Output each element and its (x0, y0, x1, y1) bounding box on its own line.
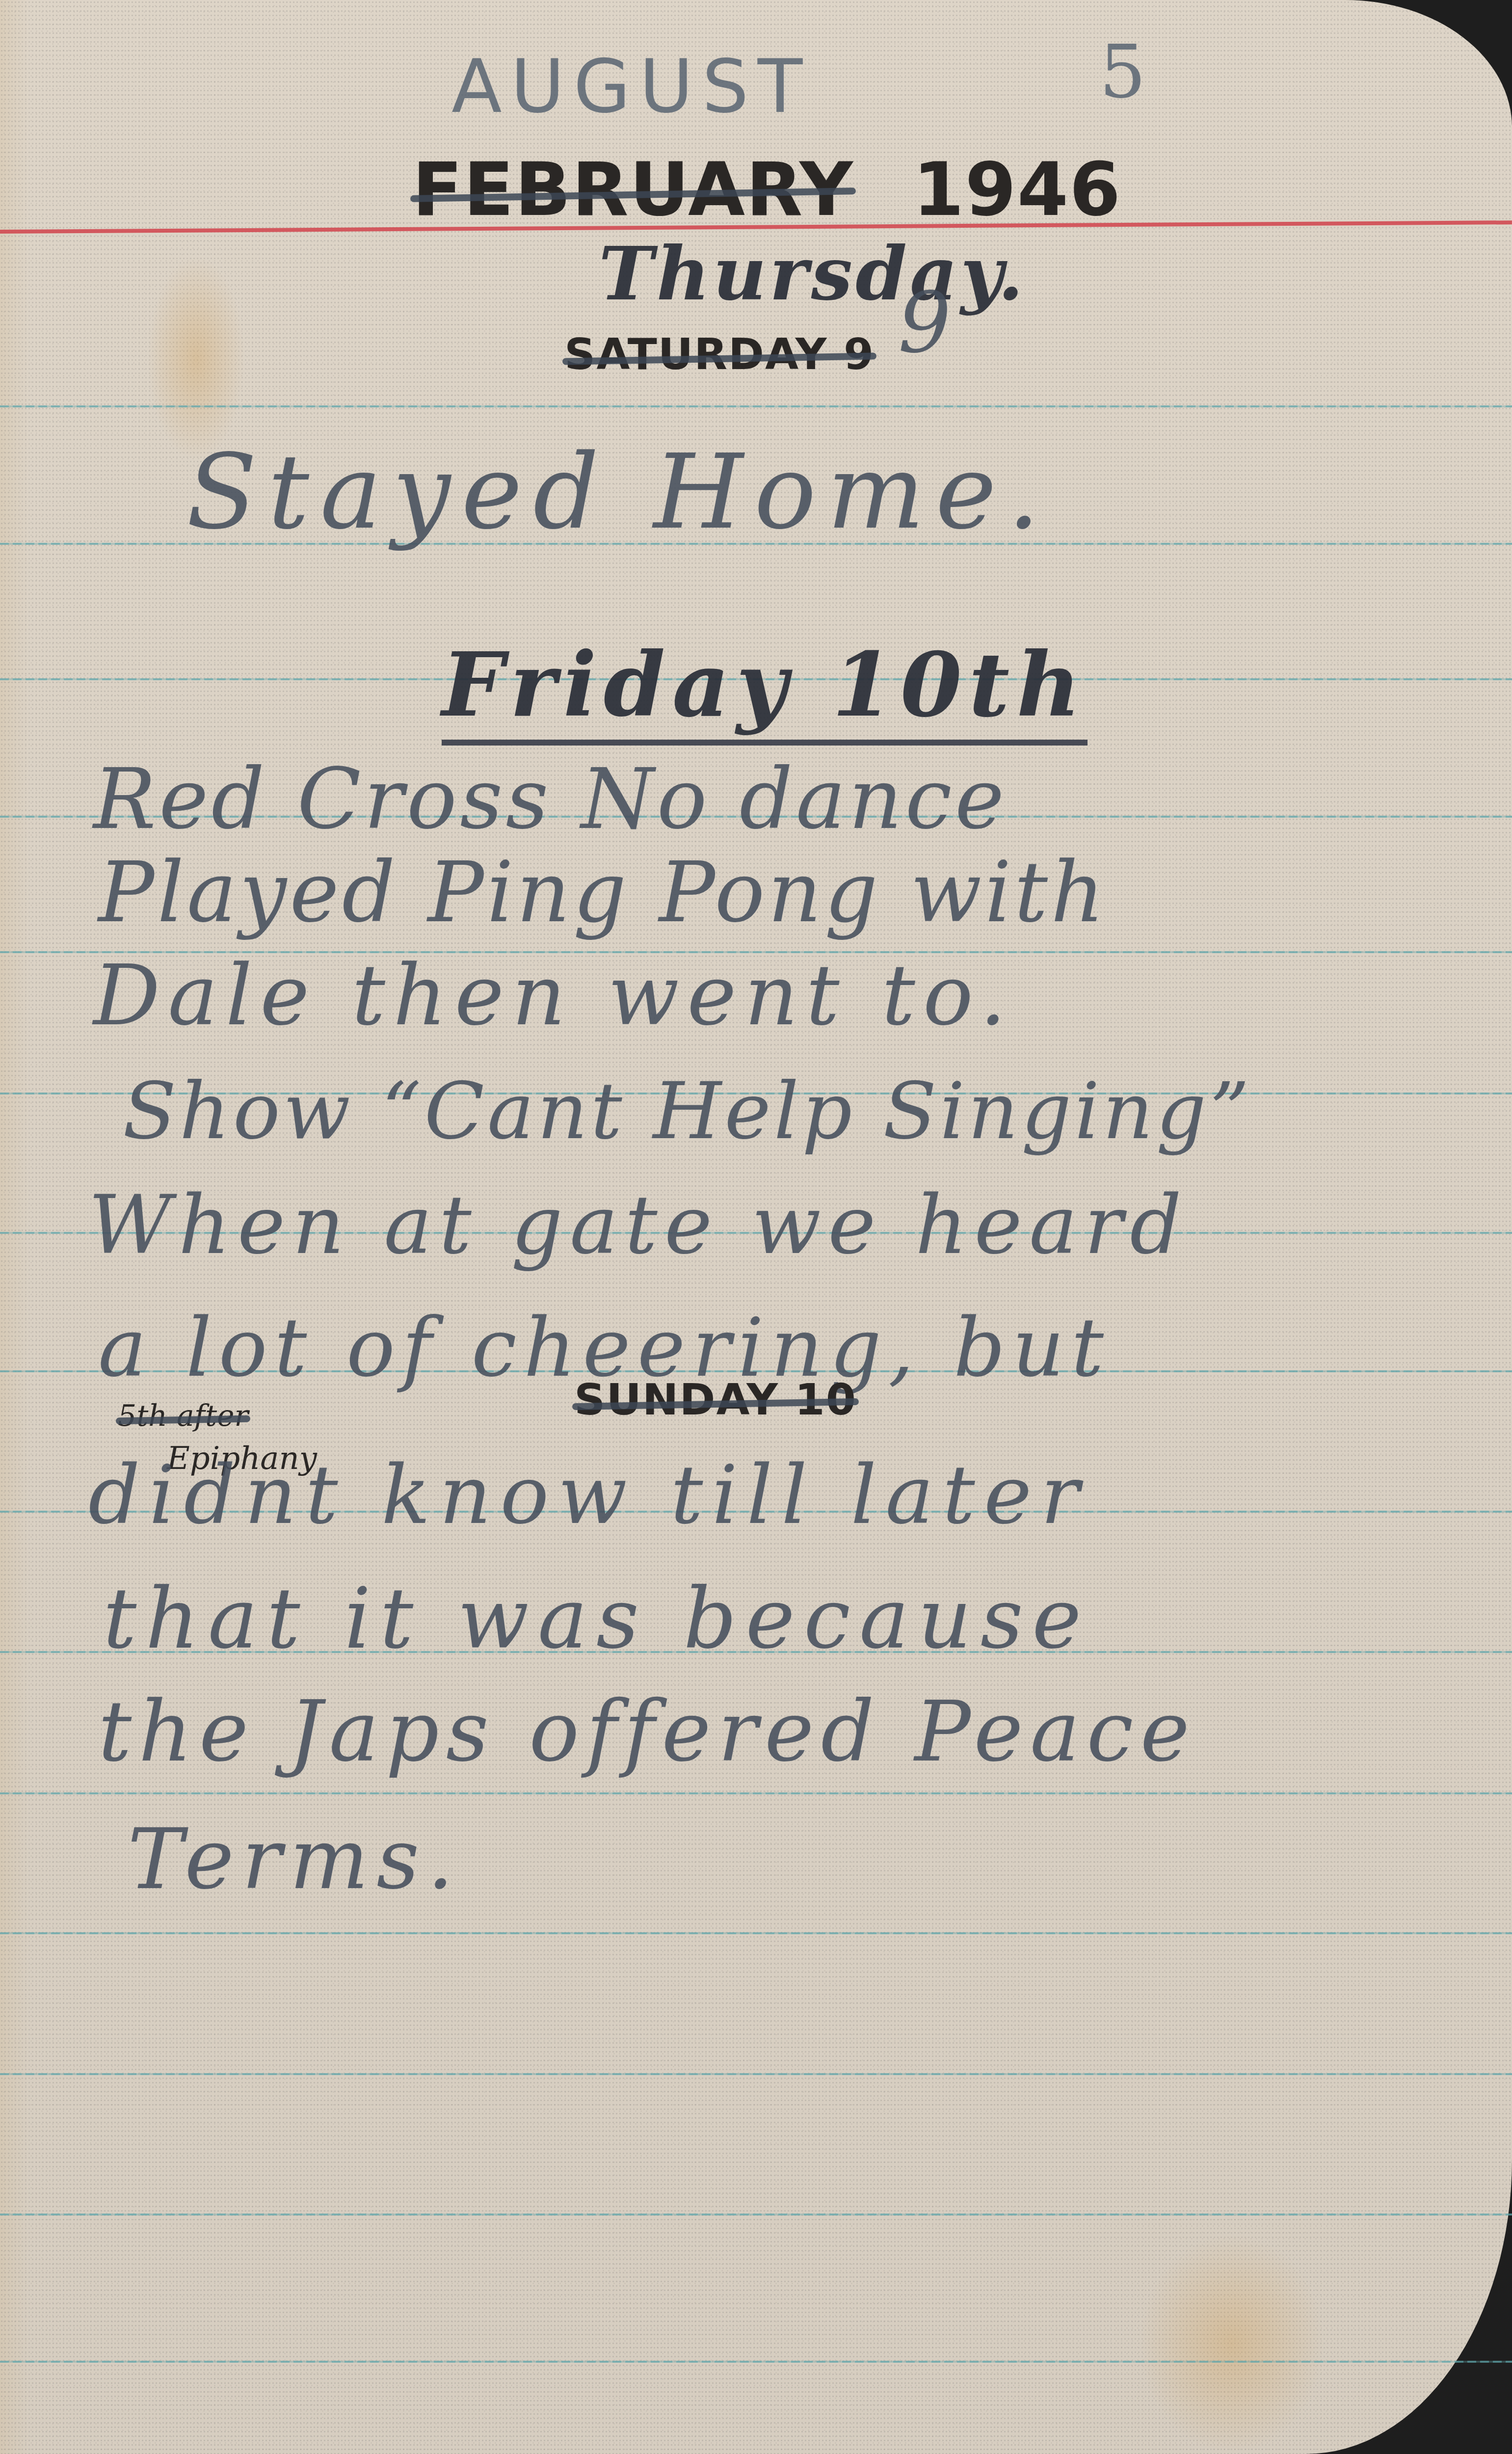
ruled-line (0, 1932, 1512, 1934)
ruled-line (0, 405, 1512, 407)
entry-line: Terms. (128, 1811, 462, 1908)
entry-line: Show “Cant Help Singing” (123, 1065, 1252, 1157)
liturgical-note-line1: 5th after (118, 1399, 248, 1433)
ruled-line (0, 2073, 1512, 2075)
handwritten-year-correction: 5 (1099, 29, 1149, 115)
entry-line: the Japs offered Peace (98, 1683, 1196, 1781)
printed-month: FEBRUARY (412, 147, 854, 233)
paper-stain (1139, 2233, 1325, 2454)
entry-line: that it was because (103, 1571, 1090, 1668)
printed-sunday-text: SUNDAY 10 (574, 1374, 857, 1425)
day-heading: Friday 10th (442, 633, 1088, 746)
handwritten-date-number: 9 (898, 275, 954, 372)
printed-day-text: SATURDAY 9 (564, 329, 875, 379)
entry-line: Red Cross No dance (93, 751, 1007, 848)
entry-line: Played Ping Pong with (98, 844, 1108, 941)
printed-month-text: FEBRUARY (412, 147, 854, 233)
liturgical-note: 5th after (118, 1399, 248, 1433)
handwritten-month: AUGUST (451, 44, 811, 130)
entry-line: Dale then went to. (93, 947, 1014, 1044)
entry-line: When at gate we heard (88, 1178, 1189, 1272)
ruled-line (0, 2361, 1512, 2363)
diary-page: AUGUST 5 FEBRUARY 1946 Thursday. 9 SATUR… (0, 0, 1512, 2454)
printed-sunday: SUNDAY 10 (574, 1374, 857, 1425)
ruled-line (0, 2214, 1512, 2215)
handwritten-day: Thursday. (599, 231, 1026, 317)
entry-line: Stayed Home. (186, 432, 1051, 552)
printed-day: SATURDAY 9 (564, 329, 875, 379)
paper-stain (147, 255, 245, 461)
printed-year: 1946 (913, 147, 1121, 233)
ruled-line (0, 1792, 1512, 1794)
entry-line: didnt know till later (88, 1448, 1088, 1542)
